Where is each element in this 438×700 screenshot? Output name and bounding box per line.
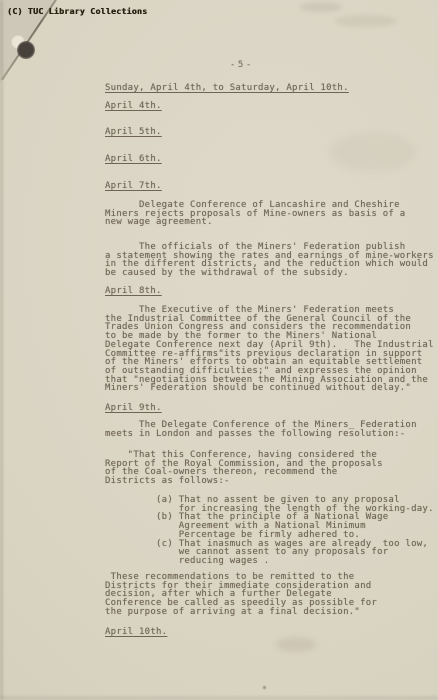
smudge-mark bbox=[335, 15, 397, 27]
doc-line: reducing wages . bbox=[105, 557, 434, 566]
doc-line: the purpose of arriving at a final decis… bbox=[105, 608, 377, 617]
date-heading: April 8th. bbox=[105, 287, 162, 296]
paragraph: "That this Conference, having considered… bbox=[105, 451, 383, 486]
date-heading: April 6th. bbox=[105, 155, 162, 164]
paragraph: The Executive of the Miners' Federation … bbox=[105, 306, 434, 393]
paragraph: Delegate Conference of Lancashire and Ch… bbox=[105, 201, 405, 227]
paragraph: (a) That no assent be given to any propo… bbox=[105, 496, 434, 566]
paragraph: The officials of the Miners' Federation … bbox=[105, 243, 434, 278]
smudge-mark bbox=[276, 637, 316, 652]
date-heading: April 7th. bbox=[105, 182, 162, 191]
scan-edge-shade bbox=[0, 0, 3, 700]
doc-line: be caused by the withdrawal of the subsi… bbox=[105, 269, 434, 278]
doc-line: Districts as follows:- bbox=[105, 477, 383, 486]
date-heading: Sunday, April 4th, to Saturday, April 10… bbox=[105, 84, 349, 93]
paragraph: These recommendations to be remitted to … bbox=[105, 573, 377, 617]
date-heading: April 5th. bbox=[105, 128, 162, 137]
doc-line: Miners' Federation should be continued w… bbox=[105, 384, 434, 393]
watermark-text: (C) TUC Library Collections bbox=[7, 7, 147, 16]
scan-edge-shade bbox=[0, 696, 438, 700]
paragraph: The Delegate Conference of the Miners_ F… bbox=[105, 421, 417, 438]
smudge-mark bbox=[300, 2, 342, 12]
speck-mark bbox=[263, 686, 266, 689]
doc-line: meets in London and passes the following… bbox=[105, 430, 417, 439]
date-heading: April 9th. bbox=[105, 404, 162, 413]
doc-line: new wage agreement. bbox=[105, 218, 405, 227]
page-number: -5- bbox=[230, 61, 254, 70]
scanned-document-page: (C) TUC Library Collections -5- Sunday, … bbox=[0, 0, 438, 700]
date-heading: April 10th. bbox=[105, 628, 167, 637]
date-heading: April 4th. bbox=[105, 102, 162, 111]
smudge-mark bbox=[330, 133, 415, 171]
punch-hole bbox=[17, 41, 35, 59]
